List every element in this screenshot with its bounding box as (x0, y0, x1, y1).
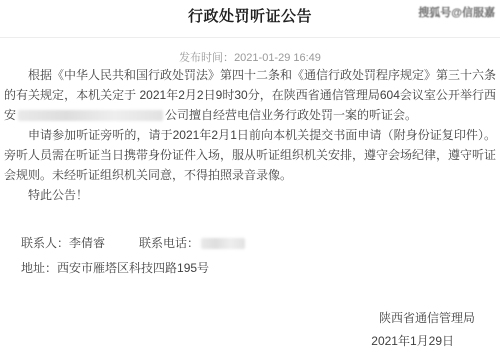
publish-time-value: 2021-01-29 16:49 (234, 52, 321, 64)
contact-phone-group: 联系电话： (139, 236, 247, 250)
issuing-agency: 陕西省通信管理局 (0, 308, 475, 328)
announcement-document: 行政处罚听证公告 搜狐号@信服嘉 发布时间：2021-01-29 16:49 根… (0, 0, 500, 362)
address-value: 西安市雁塔区科技四路195号 (57, 261, 209, 275)
paragraph-1-text-after: 公司擅自经营电信业务行政处罚一案的听证会。 (165, 108, 417, 122)
publish-time-line: 发布时间：2021-01-29 16:49 (0, 49, 500, 65)
contact-row: 联系人：李倩睿联系电话： (0, 233, 500, 253)
address-row: 地址：西安市雁塔区科技四路195号 (0, 258, 500, 278)
address-label: 地址： (21, 261, 57, 275)
redacted-phone-number (201, 238, 245, 249)
signature-block: 陕西省通信管理局 2021年1月29日 (0, 308, 500, 348)
paragraph-attendance-rules: 申请参加听证旁听的，请于2021年2月1日前向本机关提交书面申请（附身份证复印件… (4, 125, 496, 185)
header-divider (0, 37, 500, 38)
contact-person-label: 联系人： (21, 236, 69, 250)
redacted-company-name (18, 110, 163, 121)
document-header: 行政处罚听证公告 搜狐号@信服嘉 (0, 0, 500, 29)
issue-date: 2021年1月29日 (0, 334, 454, 348)
paragraph-legal-basis: 根据《中华人民共和国行政处罚法》第四十二条和《通信行政处罚程序规定》第三十六条的… (4, 65, 496, 125)
paragraph-announcement: 特此公告！ (4, 185, 496, 205)
document-body: 根据《中华人民共和国行政处罚法》第四十二条和《通信行政处罚程序规定》第三十六条的… (0, 65, 500, 205)
contact-person-name: 李倩睿 (69, 236, 105, 250)
publish-time-label: 发布时间： (179, 52, 234, 64)
contact-phone-label: 联系电话： (139, 236, 199, 250)
sohu-watermark: 搜狐号@信服嘉 (418, 4, 495, 20)
